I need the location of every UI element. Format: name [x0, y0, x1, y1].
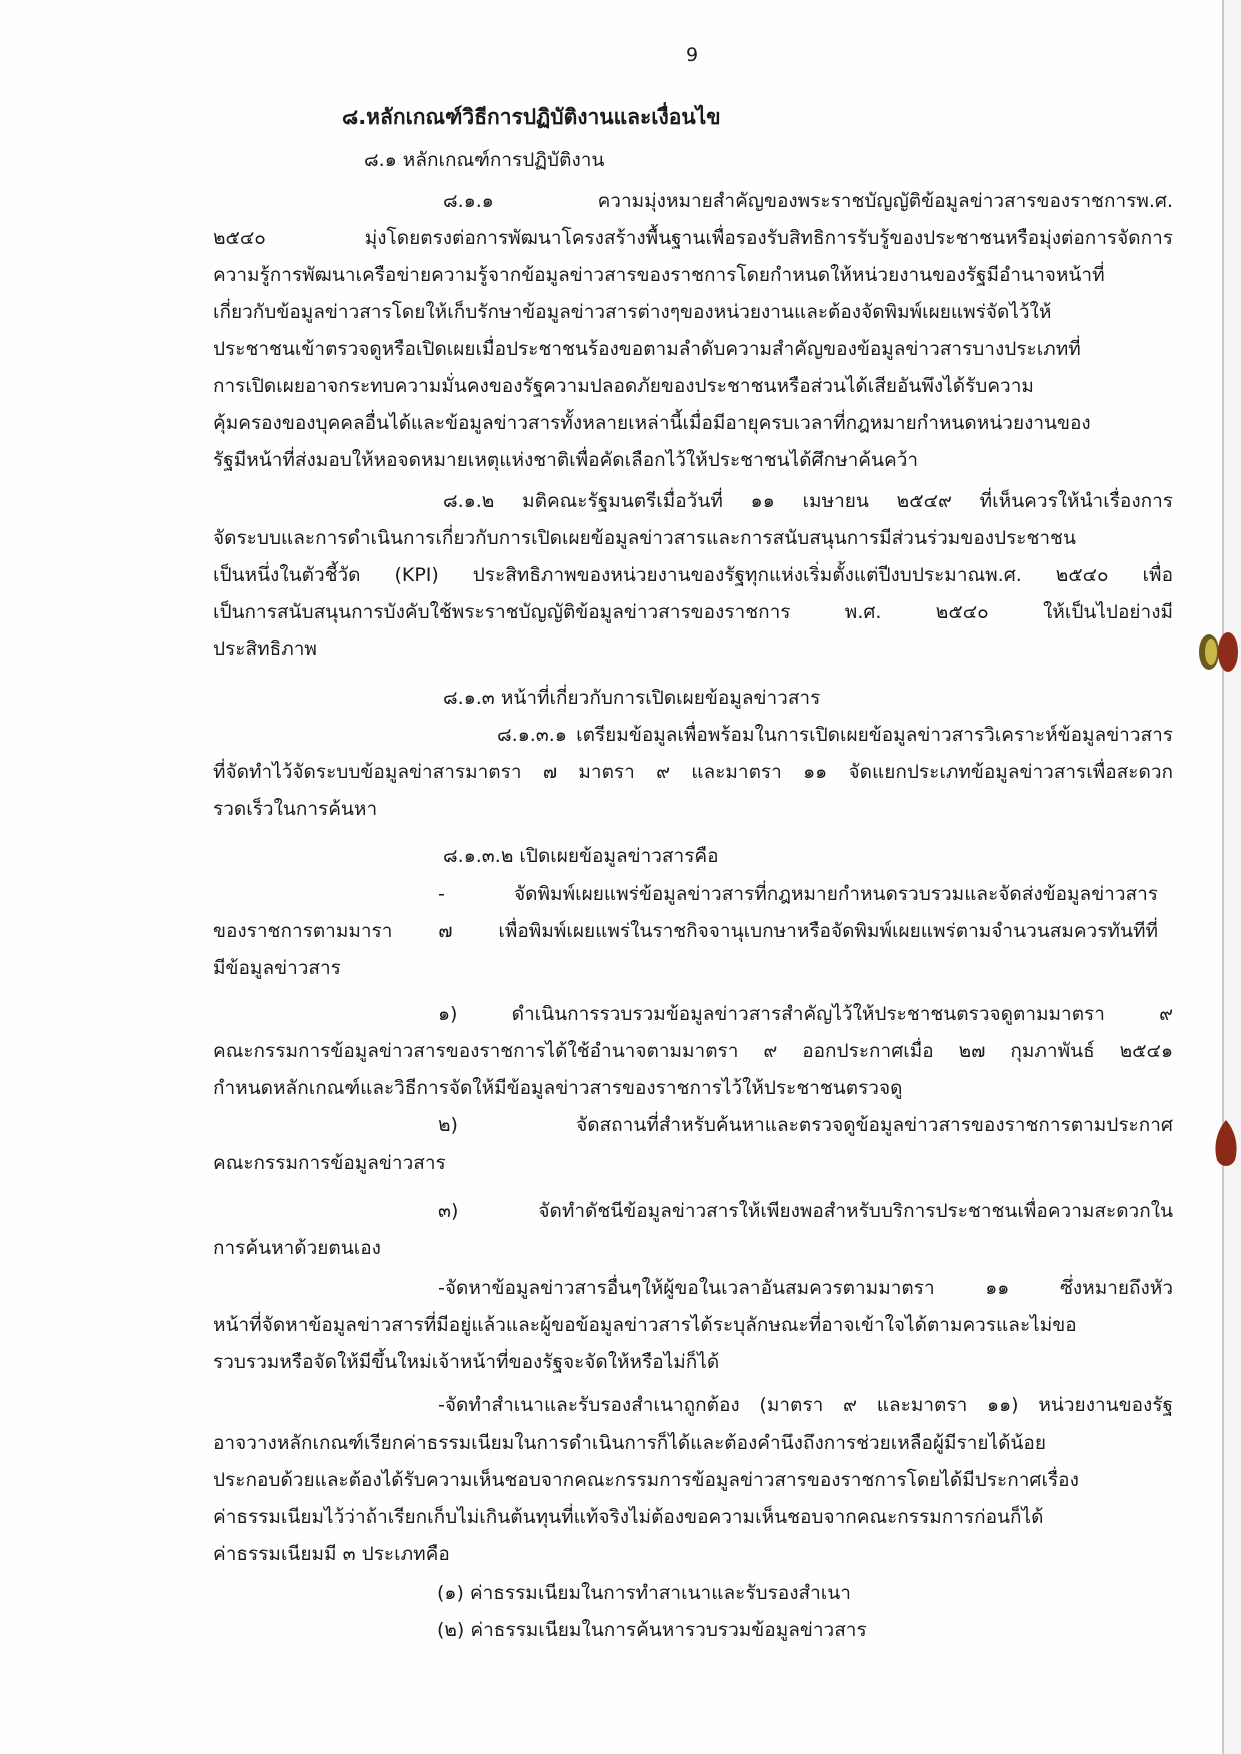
paragraph-line: เป็นการสนับสนุนการบังคับใช้พระราชบัญญัติ… — [213, 599, 1173, 625]
paragraph-line: ที่จัดทำไว้จัดระบบข้อมูลข่าสารมาตรา ๗ มา… — [213, 759, 1173, 785]
paragraph-line: รัฐมีหน้าที่ส่งมอบให้หอจดหมายเหตุแห่งชาต… — [213, 447, 918, 473]
paragraph-line: ค่าธรรมเนียมมี ๓ ประเภทคือ — [213, 1541, 450, 1567]
paragraph-line: ๘.๑.๒ มติคณะรัฐมนตรีเมื่อวันที่ ๑๑ เมษาย… — [443, 488, 1173, 514]
paragraph-line: ๘.๑.๓ หน้าที่เกี่ยวกับการเปิดเผยข้อมูลข่… — [443, 685, 820, 711]
paragraph-line: -จัดหาข้อมูลข่าวสารอื่นๆให้ผู้ขอในเวลาอั… — [438, 1275, 1173, 1301]
binder-tab-decoration-2 — [1213, 1118, 1239, 1170]
paragraph-line: ๒) จัดสถานที่สำหรับค้นหาและตรวจดูข้อมูลข… — [438, 1112, 1173, 1138]
paragraph-line: ๑) ดำเนินการรวบรวมข้อมูลข่าวสารสำคัญไว้ใ… — [438, 1001, 1173, 1027]
paragraph-line: (๑) ค่าธรรมเนียมในการทำสาเนาและรับรองสำเ… — [437, 1580, 851, 1606]
binder-tab-decoration — [1198, 628, 1238, 676]
paragraph-line: รวบรวมหรือจัดให้มีขึ้นใหม่เจ้าหน้าที่ของ… — [213, 1349, 719, 1375]
paragraph-line: คณะกรรมการข้อมูลข่าวสารของราชการได้ใช้อำ… — [213, 1038, 1173, 1064]
paragraph-line: การเปิดเผยอาจกระทบความมั่นคงของรัฐความปล… — [213, 373, 1173, 399]
paragraph-line: มีข้อมูลข่าวสาร — [213, 955, 341, 981]
paragraph-line: คุ้มครองของบุคคลอื่นได้และข้อมูลข่าวสารท… — [213, 410, 1173, 436]
subsection-heading: ๘.๑ หลักเกณฑ์การปฏิบัติงาน — [364, 147, 604, 173]
paragraph-line: อาจวางหลักเกณฑ์เรียกค่าธรรมเนียมในการดำเ… — [213, 1430, 1173, 1456]
paragraph-line: ของราชการตามมารา ๗ เพื่อพิมพ์เผยแพร่ในรา… — [213, 918, 1158, 944]
paragraph-line: เป็นหนึ่งในตัวชี้วัด (KPI) ประสิทธิภาพขอ… — [213, 562, 1173, 588]
paragraph-line: ความรู้การพัฒนาเครือข่ายความรู้จากข้อมูล… — [213, 262, 1173, 288]
paragraph-line: -จัดทำสำเนาและรับรองสำเนาถูกต้อง (มาตรา … — [438, 1392, 1173, 1418]
paragraph-line: ค่าธรรมเนียมไว้ว่าถ้าเรียกเก็บไม่เกินต้น… — [213, 1504, 1173, 1530]
paragraph-line: รวดเร็วในการค้นหา — [213, 796, 377, 822]
paragraph-line: ๓) จัดทำดัชนีข้อมูลข่าวสารให้เพียงพอสำหร… — [438, 1198, 1173, 1224]
page-edge-strip — [1224, 0, 1241, 1754]
paragraph-line: หน้าที่จัดหาข้อมูลข่าวสารที่มีอยู่แล้วแล… — [213, 1312, 1173, 1338]
paragraph-line: ๘.๑.๓.๒ เปิดเผยข้อมูลข่าวสารคือ — [443, 843, 719, 869]
paragraph-line: ๘.๑.๑ ความมุ่งหมายสำคัญของพระราชบัญญัติข… — [443, 188, 1173, 214]
paragraph-line: คณะกรรมการข้อมูลข่าวสาร — [213, 1150, 446, 1176]
paragraph-line: เกี่ยวกับข้อมูลข่าวสารโดยให้เก็บรักษาข้อ… — [213, 299, 1173, 325]
paragraph-line: จัดระบบและการดำเนินการเกี่ยวกับการเปิดเผ… — [213, 525, 1173, 551]
page-number: 9 — [686, 42, 698, 68]
paragraph-line: การค้นหาด้วยตนเอง — [213, 1235, 381, 1261]
paragraph-line: (๒) ค่าธรรมเนียมในการค้นหารวบรวมข้อมูลข่… — [437, 1617, 867, 1643]
paragraph-line: ๒๕๔๐ มุ่งโดยตรงต่อการพัฒนาโครงสร้างพื้นฐ… — [213, 225, 1173, 251]
section-heading: ๘.หลักเกณฑ์วิธีการปฏิบัติงานและเงื่อนไข — [342, 104, 721, 130]
paragraph-line: ๘.๑.๓.๑ เตรียมข้อมูลเพื่อพร้อมในการเปิดเ… — [497, 722, 1173, 748]
document-page: 9 ๘.หลักเกณฑ์วิธีการปฏิบัติงานและเงื่อนไ… — [0, 0, 1241, 1754]
paragraph-line: ประกอบด้วยและต้องได้รับความเห็นชอบจากคณะ… — [213, 1467, 1173, 1493]
paragraph-line: กำหนดหลักเกณฑ์และวิธีการจัดให้มีข้อมูลข่… — [213, 1075, 902, 1101]
paragraph-line: - จัดพิมพ์เผยแพร่ข้อมูลข่าวสารที่กฎหมายก… — [438, 881, 1158, 907]
paragraph-line: ประชาชนเข้าตรวจดูหรือเปิดเผยเมื่อประชาชน… — [213, 336, 1173, 362]
paragraph-line: ประสิทธิภาพ — [213, 636, 317, 662]
